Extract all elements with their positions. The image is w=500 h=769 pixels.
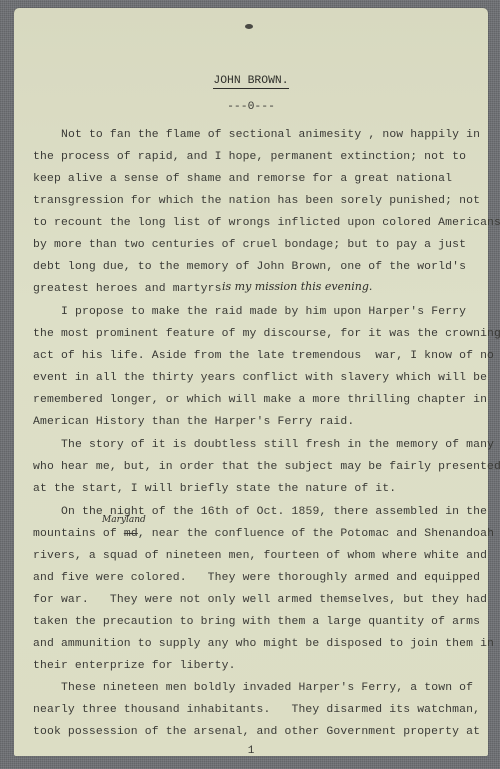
text-line: for war. They were not only well armed t… — [33, 594, 487, 606]
text-line: their enterprize for liberty. — [33, 660, 236, 672]
text-line: the most prominent feature of my discour… — [33, 328, 500, 340]
text-line: and five were colored. They were thoroug… — [33, 572, 480, 584]
document-title: JOHN BROWN. — [14, 75, 488, 87]
text-line: at the start, I will briefly state the n… — [33, 483, 396, 495]
text-line: who hear me, but, in order that the subj… — [33, 461, 500, 473]
line-start: mountains of — [33, 528, 117, 540]
punch-hole — [245, 24, 253, 29]
text-line: remembered longer, or which will make a … — [33, 394, 487, 406]
text-line: Not to fan the flame of sectional animes… — [61, 129, 480, 141]
struck-text: md — [124, 528, 138, 540]
text-line: by more than two centuries of cruel bond… — [33, 239, 466, 251]
text-line: rivers, a squad of nineteen men, fourtee… — [33, 550, 487, 562]
text-line: and ammunition to supply any who might b… — [33, 638, 494, 650]
text-line: greatest heroes and martyrs — [33, 283, 222, 295]
handwritten-insertion: is my mission this evening. — [222, 280, 372, 293]
text-line: I propose to make the raid made by him u… — [61, 306, 466, 318]
text-line: event in all the thirty years conflict w… — [33, 372, 487, 384]
text-line: to recount the long list of wrongs infli… — [33, 217, 500, 229]
text-line: taken the precaution to bring with them … — [33, 616, 480, 628]
title-text: JOHN BROWN. — [213, 75, 288, 89]
page-number: 1 — [14, 745, 488, 757]
text-line: American History than the Harper's Ferry… — [33, 416, 354, 428]
text-line: These nineteen men boldly invaded Harper… — [61, 682, 473, 694]
text-line: took possession of the arsenal, and othe… — [33, 726, 480, 738]
text-line: debt long due, to the memory of John Bro… — [33, 261, 466, 273]
handwritten-insertion: Maryland — [102, 515, 146, 525]
text-line: mountains of md, near the confluence of … — [33, 528, 494, 540]
text-line: transgression for which the nation has b… — [33, 195, 480, 207]
text-line: The story of it is doubtless still fresh… — [61, 439, 494, 451]
document-page: JOHN BROWN. ---0--- Not to fan the flame… — [14, 8, 488, 756]
text-line: nearly three thousand inhabitants. They … — [33, 704, 480, 716]
text-line: the process of rapid, and I hope, perman… — [33, 151, 466, 163]
section-divider: ---0--- — [14, 101, 488, 113]
line-rest: , near the confluence of the Potomac and… — [138, 528, 494, 540]
text-line: keep alive a sense of shame and remorse … — [33, 173, 452, 185]
text-line: act of his life. Aside from the late tre… — [33, 350, 494, 362]
